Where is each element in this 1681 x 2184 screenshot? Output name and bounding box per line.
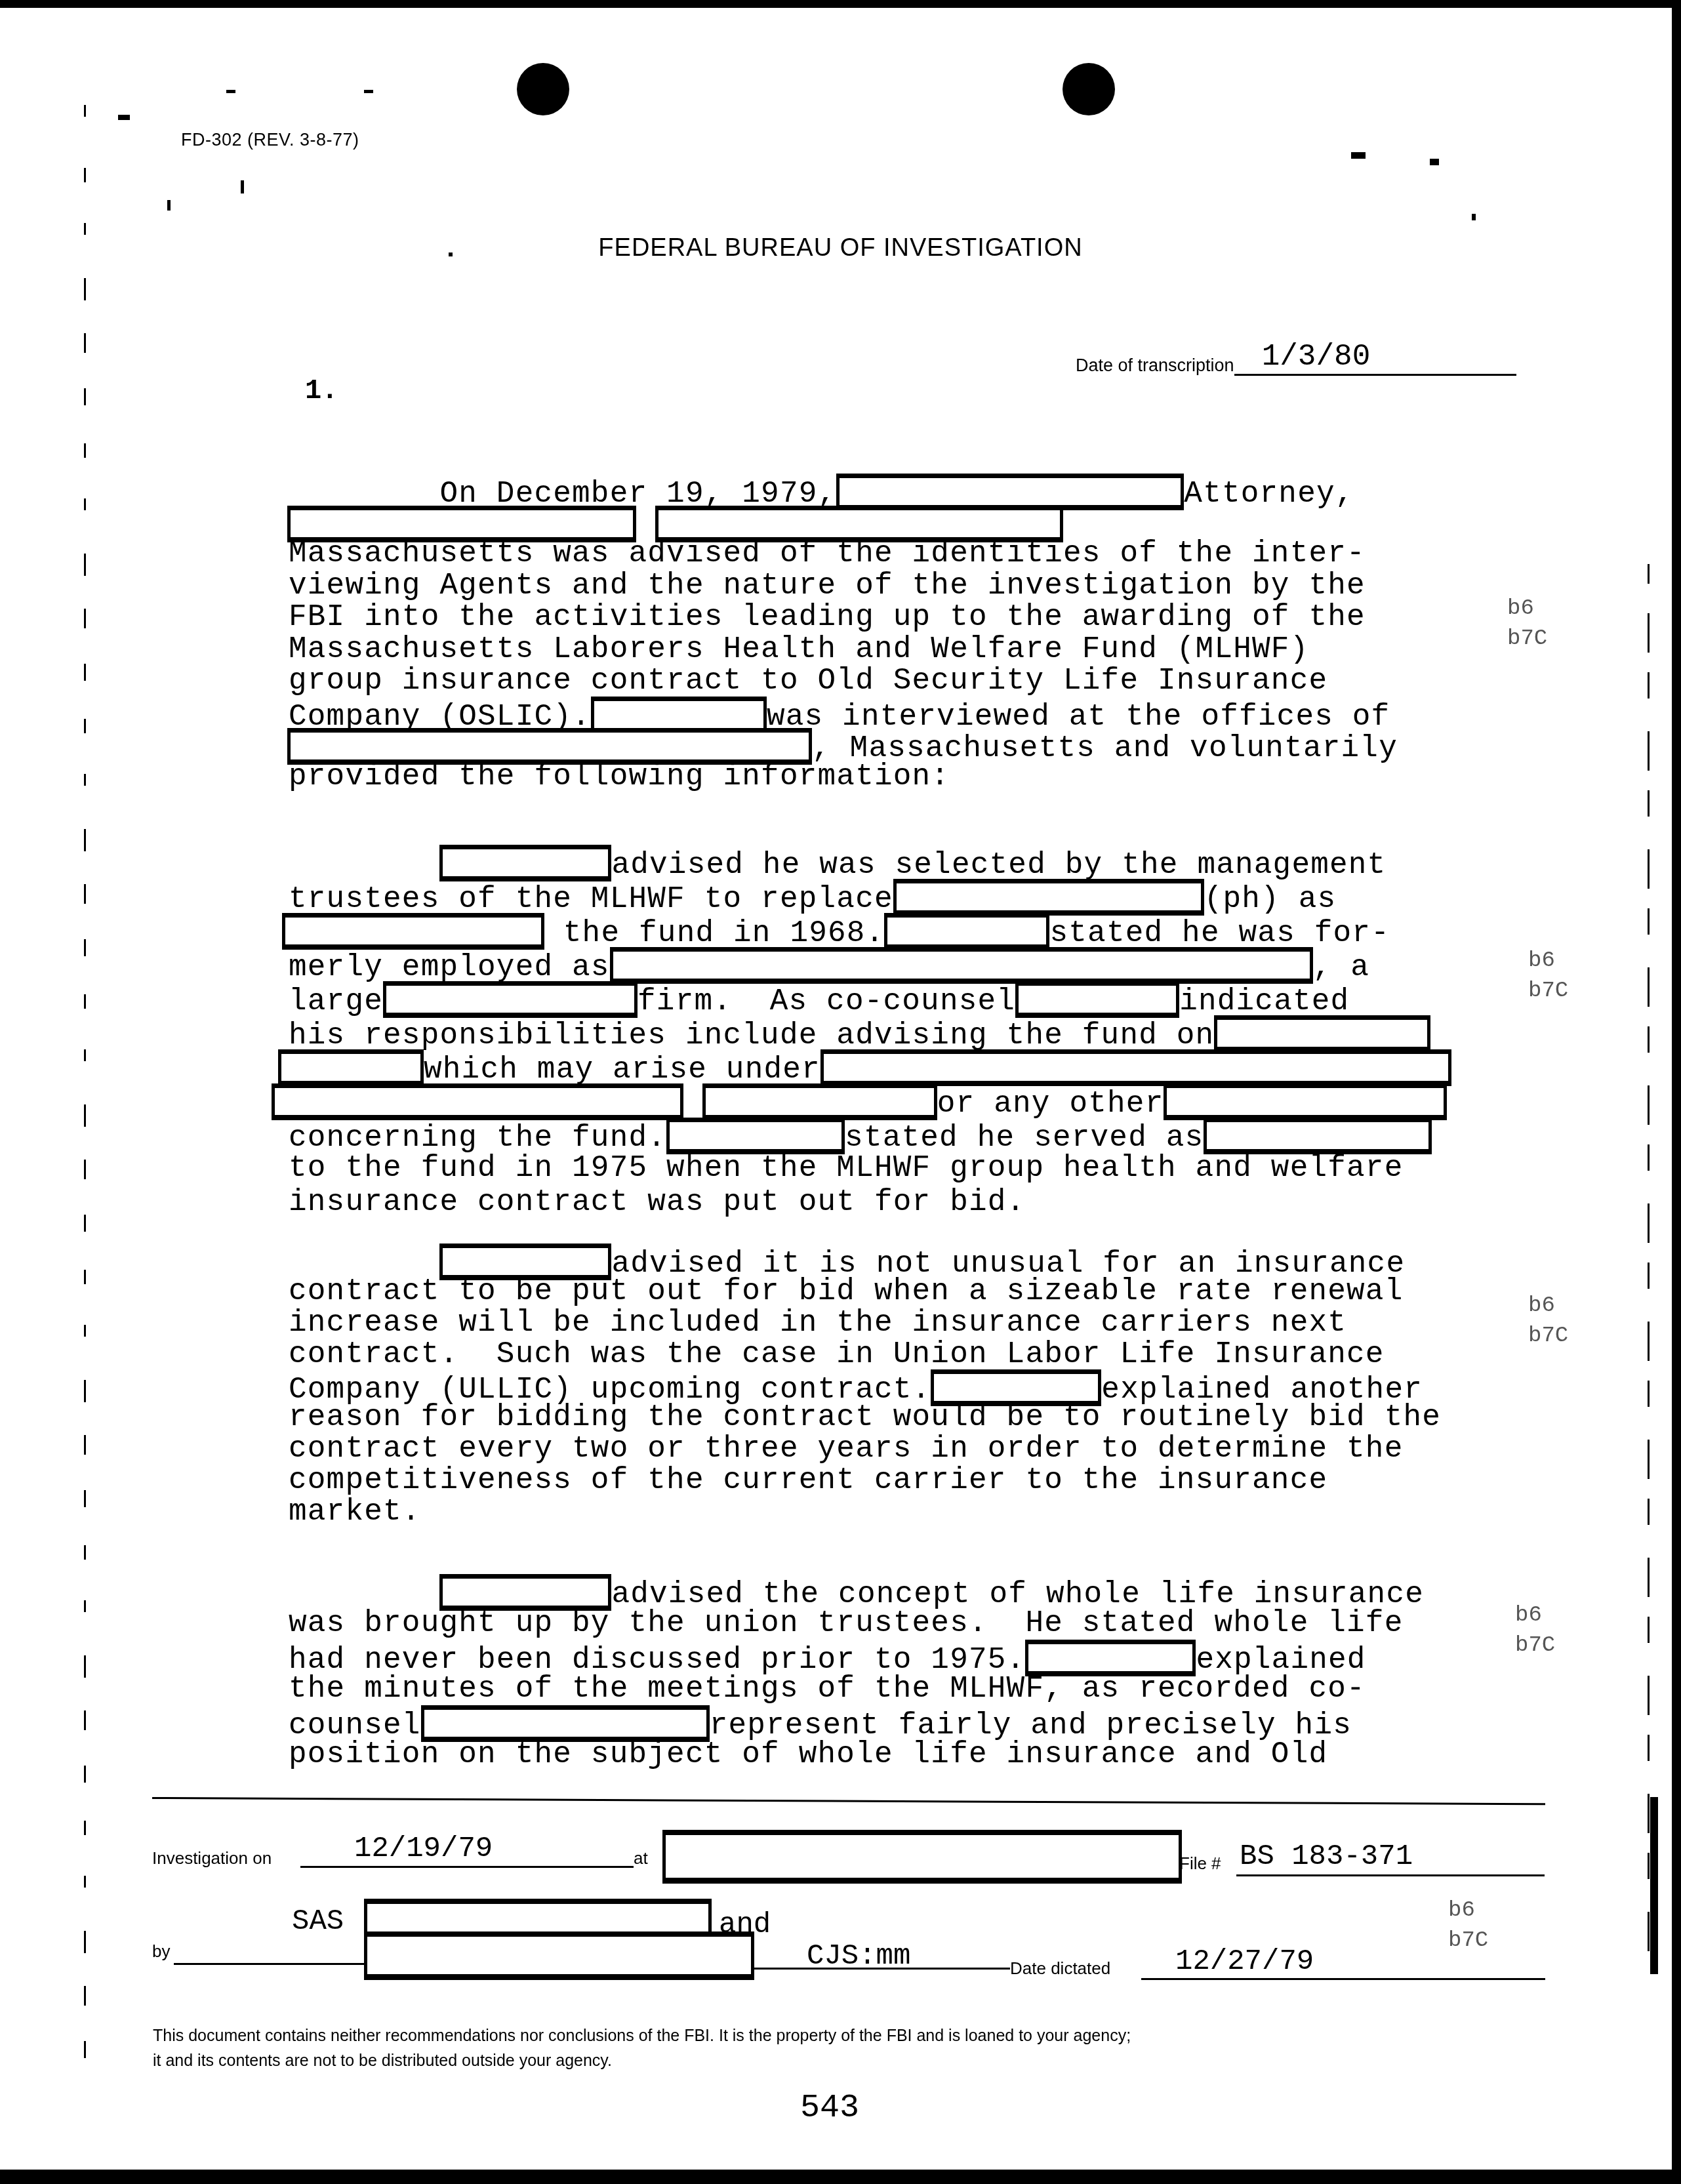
body-text-line: market. <box>289 1495 421 1528</box>
body-text-line: advised the concept of whole life insura… <box>289 1574 1424 1611</box>
scan-margin-dash <box>84 1655 86 1678</box>
scan-margin-dash <box>1648 1794 1650 1833</box>
redaction-box <box>1204 1118 1432 1154</box>
body-text: insurance contract was put out for bid. <box>289 1185 1025 1219</box>
scan-margin-dash <box>1648 731 1650 771</box>
file-number-line <box>1236 1874 1545 1876</box>
exemption-codes: b6 b7C <box>1507 594 1547 654</box>
form-id: FD-302 (REV. 3-8-77) <box>181 130 359 150</box>
scan-margin-dash <box>84 223 86 235</box>
file-label: File # <box>1179 1853 1221 1874</box>
body-text-line: advised he was selected by the managemen… <box>289 845 1386 881</box>
investigation-date: 12/19/79 <box>354 1832 493 1865</box>
scan-margin-dash <box>1648 1912 1650 1951</box>
scan-margin-dash <box>84 1931 86 1953</box>
scan-speck <box>1472 214 1476 220</box>
body-text: contract to be put out for bid when a si… <box>289 1274 1403 1308</box>
scan-margin-dash <box>1648 1085 1650 1125</box>
investigation-date-line <box>300 1866 634 1868</box>
redaction-box <box>439 845 611 881</box>
scan-margin-dash <box>84 1986 86 2006</box>
redaction-box <box>702 1083 937 1120</box>
scan-margin-dash <box>84 278 86 300</box>
punch-hole-left-icon <box>517 63 569 115</box>
scan-margin-dash <box>84 1325 86 1337</box>
body-text: trustees of the MLHWF to replace <box>289 882 893 916</box>
body-text-line: counselrepresent fairly and precisely hi… <box>289 1705 1352 1742</box>
exemption-codes: b6 b7C <box>1515 1600 1555 1661</box>
body-text: , a <box>1313 950 1369 984</box>
body-text-line: provided the following information: <box>289 760 950 793</box>
redaction-box <box>421 1705 710 1742</box>
body-text-line: had never been discussed prior to 1975.e… <box>289 1640 1366 1676</box>
scan-speck <box>1430 159 1439 165</box>
scan-speck <box>167 200 171 211</box>
scan-margin-dash <box>84 168 86 182</box>
body-text: merly employed as <box>289 950 610 984</box>
exemption-codes: b6 b7C <box>1528 1291 1568 1351</box>
scan-margin-dash <box>1648 1676 1650 1715</box>
scan-margin-dash <box>1648 564 1650 584</box>
redaction-agent-2 <box>364 1931 754 1980</box>
body-text-line: to the fund in 1975 when the MLHWF group… <box>289 1152 1403 1184</box>
redaction-box <box>893 879 1204 916</box>
scan-margin-dash <box>84 1600 86 1612</box>
scan-speck <box>226 90 235 93</box>
scan-margin-dash <box>84 2041 86 2058</box>
scan-margin-dash <box>84 388 86 405</box>
body-text: to the fund in 1975 when the MLHWF group… <box>289 1151 1403 1185</box>
scan-margin-dash <box>1648 967 1650 1007</box>
transcription-date: 1/3/80 <box>1262 340 1371 374</box>
body-text-line: the fund in 1968.stated he was for- <box>282 913 1390 950</box>
dictation-initials: CJS:mm <box>807 1940 910 1973</box>
scan-margin-dash <box>84 1821 86 1835</box>
scan-margin-dash <box>84 1049 86 1061</box>
redaction-box <box>884 913 1049 950</box>
scan-edge-right <box>1672 0 1681 2184</box>
page-number: 543 <box>800 2090 859 2127</box>
scan-margin-dash <box>84 829 86 851</box>
body-text: (ph) as <box>1204 882 1337 916</box>
scan-speck <box>241 180 244 193</box>
by-label: by <box>152 1941 170 1962</box>
scan-margin-dash <box>84 1710 86 1730</box>
punch-hole-right-icon <box>1063 63 1115 115</box>
redaction-box <box>1025 1640 1196 1676</box>
body-text-line: the minutes of the meetings of the MLHWF… <box>289 1672 1366 1705</box>
scan-margin-dash <box>84 1766 86 1783</box>
scan-margin-dash <box>1648 1558 1650 1597</box>
sas-label: SAS <box>292 1905 344 1938</box>
scan-margin-dash <box>84 1215 86 1232</box>
redaction-box <box>278 1049 424 1086</box>
body-text: the fund in 1968. <box>544 916 884 950</box>
body-text <box>683 1087 702 1121</box>
body-text-line: competitiveness of the current carrier t… <box>289 1464 1327 1497</box>
scan-margin-dash <box>84 443 86 458</box>
redaction-box <box>439 1574 611 1611</box>
dictated-date: 12/27/79 <box>1175 1945 1314 1978</box>
redaction-box <box>383 981 638 1018</box>
body-text-line: FBI into the activities leading up to th… <box>289 601 1366 634</box>
body-text: Massachusetts was advised of the identit… <box>289 536 1366 571</box>
scan-margin-dash <box>1648 1263 1650 1289</box>
body-text: competitiveness of the current carrier t… <box>289 1463 1327 1497</box>
body-text: stated he was for- <box>1049 916 1389 950</box>
scan-edge-top <box>0 0 1681 8</box>
scan-margin-dash <box>1648 613 1650 653</box>
scan-margin-dash <box>84 554 86 576</box>
body-text: market. <box>289 1495 421 1529</box>
scan-margin-dash <box>1648 1617 1650 1643</box>
body-text: contract. Such was the case in Union Lab… <box>289 1337 1385 1371</box>
agency-title: FEDERAL BUREAU OF INVESTIGATION <box>0 234 1681 262</box>
scan-margin-dash <box>1648 908 1650 935</box>
body-text: FBI into the activities leading up to th… <box>289 600 1366 634</box>
redaction-box <box>1015 981 1179 1018</box>
scan-margin-dash <box>84 994 86 1009</box>
body-text-line: his responsibilities include advising th… <box>289 1015 1430 1052</box>
scan-margin-dash <box>84 609 86 628</box>
dictated-label: Date dictated <box>1010 1958 1110 1979</box>
body-text-line: viewing Agents and the nature of the inv… <box>289 569 1366 602</box>
body-text-line: reason for bidding the contract would be… <box>289 1401 1441 1434</box>
redaction-box <box>666 1118 845 1154</box>
body-text: provided the following information: <box>289 759 950 794</box>
scan-speck <box>118 115 130 120</box>
scan-margin-dash <box>84 719 86 733</box>
at-label: at <box>634 1848 648 1869</box>
transcription-label: Date of transcription <box>1076 355 1234 375</box>
redaction-box <box>610 947 1313 984</box>
scan-margin-dash <box>84 1270 86 1284</box>
scan-margin-dash <box>84 1104 86 1127</box>
body-text-line: was brought up by the union trustees. He… <box>289 1607 1403 1640</box>
exemption-codes-footer: b6 b7C <box>1448 1895 1488 1956</box>
redaction-location <box>662 1830 1182 1884</box>
scan-speck <box>364 90 373 93</box>
body-text: reason for bidding the contract would be… <box>289 1400 1441 1434</box>
scan-margin-dash <box>1648 790 1650 817</box>
body-text-line: largefirm. As co-counselindicated <box>289 981 1349 1018</box>
body-text-line: contract. Such was the case in Union Lab… <box>289 1338 1385 1371</box>
scan-margin-dash <box>1648 1381 1650 1407</box>
scan-margin-dash <box>1648 1853 1650 1879</box>
redaction-box <box>282 913 544 950</box>
body-text: increase will be included in the insuran… <box>289 1306 1347 1340</box>
scan-margin-dash <box>84 939 86 956</box>
body-text-line: increase will be included in the insuran… <box>289 1306 1347 1339</box>
body-text: position on the subject of whole life in… <box>289 1737 1327 1771</box>
body-text-line: position on the subject of whole life in… <box>289 1738 1327 1771</box>
body-text <box>289 848 439 882</box>
body-text-line: trustees of the MLHWF to replace(ph) as <box>289 879 1336 916</box>
body-text: advised he was selected by the managemen… <box>611 848 1386 882</box>
file-number: BS 183-371 <box>1240 1840 1413 1873</box>
scan-margin-dash <box>84 105 86 117</box>
scan-margin-dash <box>84 333 86 353</box>
body-text: his responsibilities include advising th… <box>289 1019 1214 1053</box>
body-text-line: merly employed as, a <box>289 947 1369 984</box>
scan-margin-dash <box>84 1490 86 1507</box>
body-text: contract every two or three years in ord… <box>289 1432 1403 1466</box>
scan-margin-dash <box>1648 1026 1650 1053</box>
body-text: the minutes of the meetings of the MLHWF… <box>289 1672 1366 1706</box>
scan-margin-dash <box>1648 672 1650 698</box>
body-text-line: contract every two or three years in ord… <box>289 1432 1403 1465</box>
scan-margin-dash <box>1648 1203 1650 1243</box>
scan-margin-dash <box>84 664 86 681</box>
footer-divider <box>152 1797 1545 1805</box>
redaction-box <box>820 1049 1451 1086</box>
body-text: indicated <box>1179 984 1349 1019</box>
fd302-document-page: FD-302 (REV. 3-8-77) FEDERAL BUREAU OF I… <box>0 0 1681 2184</box>
scan-margin-dash <box>84 1380 86 1402</box>
scan-edge-bottom <box>0 2170 1681 2184</box>
scan-margin-dash <box>84 774 86 786</box>
body-text-line: group insurance contract to Old Security… <box>289 664 1327 697</box>
body-text-line: which may arise under <box>278 1049 1451 1086</box>
scan-margin-dash <box>1648 1735 1650 1761</box>
body-text-line: contract to be put out for bid when a si… <box>289 1275 1403 1308</box>
body-text: concerning the fund. <box>289 1121 666 1155</box>
body-text: viewing Agents and the nature of the inv… <box>289 569 1366 603</box>
scan-margin-dash <box>84 1435 86 1455</box>
body-text: or any other <box>937 1087 1164 1121</box>
dictated-date-line <box>1141 1978 1545 1980</box>
scan-margin-dash <box>84 884 86 904</box>
investigation-label: Investigation on <box>152 1848 272 1869</box>
redaction-box <box>1214 1015 1430 1052</box>
body-text-line: or any other <box>272 1083 1447 1120</box>
disclaimer-line-2: it and its contents are not to be distri… <box>153 2049 612 2073</box>
body-text-line: concerning the fund.stated he served as <box>289 1118 1432 1154</box>
redaction-box <box>272 1083 683 1120</box>
scan-speck <box>1351 152 1366 159</box>
transcription-date-field: Date of transcription1/3/80 <box>1076 353 1516 376</box>
item-number: 1. <box>305 375 338 407</box>
scan-margin-dash <box>1648 1440 1650 1479</box>
disclaimer-line-1: This document contains neither recommend… <box>153 2024 1131 2048</box>
scan-margin-dash <box>1648 1322 1650 1361</box>
body-text: was brought up by the union trustees. He… <box>289 1606 1403 1640</box>
body-text-line: Massachusetts was advised of the identit… <box>289 537 1366 570</box>
scan-margin-mark <box>1650 1797 1658 1974</box>
exemption-b7c: b7C <box>1448 1928 1488 1953</box>
by-line <box>174 1963 364 1965</box>
body-text-line: insurance contract was put out for bid. <box>289 1186 1025 1219</box>
scan-margin-dash <box>84 1876 86 1888</box>
body-text-line: Massachusetts Laborers Health and Welfar… <box>289 633 1308 666</box>
exemption-b6: b6 <box>1448 1898 1475 1923</box>
scan-margin-dash <box>1648 1144 1650 1171</box>
body-text: Attorney, <box>1184 477 1354 511</box>
scan-margin-dash <box>84 1160 86 1179</box>
exemption-codes: b6 b7C <box>1528 946 1568 1006</box>
body-text: which may arise under <box>424 1053 820 1087</box>
scan-margin-dash <box>84 498 86 510</box>
body-text: Massachusetts Laborers Health and Welfar… <box>289 632 1308 666</box>
scan-margin-dash <box>84 1545 86 1560</box>
body-text: stated he served as <box>845 1121 1204 1155</box>
scan-margin-dash <box>1648 849 1650 889</box>
body-text: firm. As co-counsel <box>638 984 1015 1019</box>
scan-margin-dash <box>1648 1499 1650 1525</box>
body-text: large <box>289 984 383 1019</box>
redaction-box <box>1164 1083 1447 1120</box>
body-text: group insurance contract to Old Security… <box>289 664 1327 698</box>
